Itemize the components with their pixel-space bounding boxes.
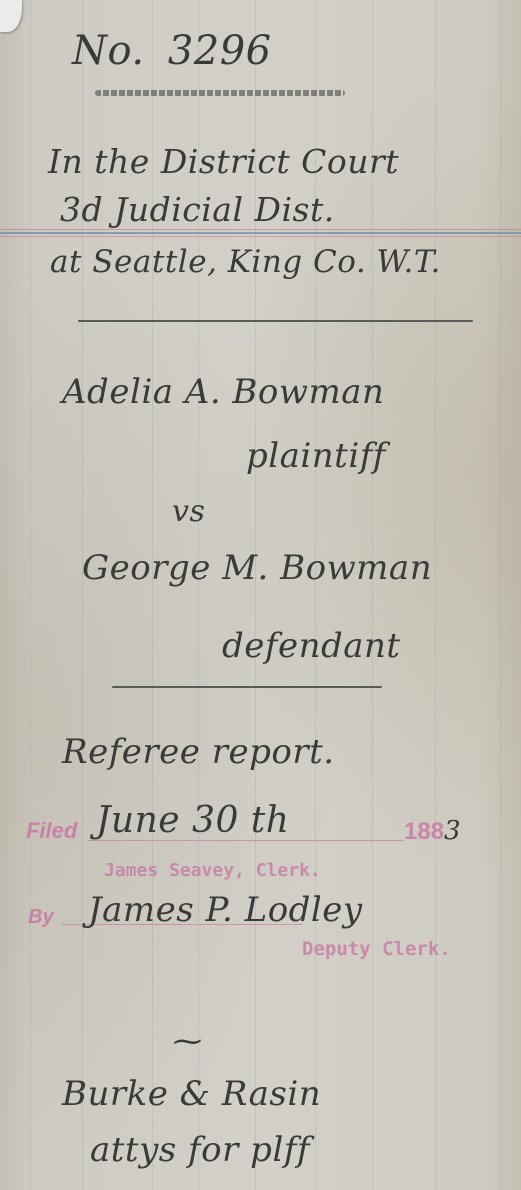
stamp-deputy-label: Deputy Clerk.: [302, 938, 451, 960]
filed-date: June 30 th: [96, 800, 289, 841]
document-page: No. 3296 In the District Court 3d Judici…: [0, 0, 521, 1190]
stamp-clerk-name: James Seavey, Clerk.: [104, 860, 321, 881]
case-number-prefix: No.: [72, 28, 145, 74]
ruled-line: [30, 0, 31, 1190]
document-title: Referee report.: [62, 732, 335, 772]
defendant-role: defendant: [222, 626, 401, 666]
case-number-line: No. 3296: [72, 28, 272, 74]
attorneys: Burke & Rasin: [62, 1074, 321, 1114]
divider: [78, 320, 473, 322]
stamp-by-label: By: [28, 906, 54, 929]
stamp-year-prefix: 188: [404, 818, 444, 845]
defendant-name: George M. Bowman: [82, 548, 432, 588]
torn-corner: [0, 0, 22, 32]
attorneys-role: attys for plff: [90, 1130, 310, 1170]
stamp-filed-label: Filed: [26, 818, 77, 844]
stamp-year: 1883: [404, 816, 461, 846]
plaintiff-role: plaintiff: [246, 436, 386, 476]
ruled-line: [435, 0, 436, 1190]
flourish: ~: [170, 1024, 206, 1059]
divider: [112, 686, 382, 688]
plaintiff-name: Adelia A. Bowman: [62, 372, 384, 412]
court-line-3: at Seattle, King Co. W.T.: [50, 244, 441, 280]
court-line-2: 3d Judicial Dist.: [60, 190, 335, 229]
court-line-1: In the District Court: [48, 142, 399, 181]
header-rule: [0, 229, 521, 237]
deputy-signature: James P. Lodley: [88, 890, 363, 930]
case-number: 3296: [168, 28, 272, 74]
case-number-underline: [95, 90, 345, 96]
ruled-line: [500, 0, 501, 1190]
year-suffix: 3: [444, 816, 461, 846]
versus: vs: [172, 494, 205, 529]
